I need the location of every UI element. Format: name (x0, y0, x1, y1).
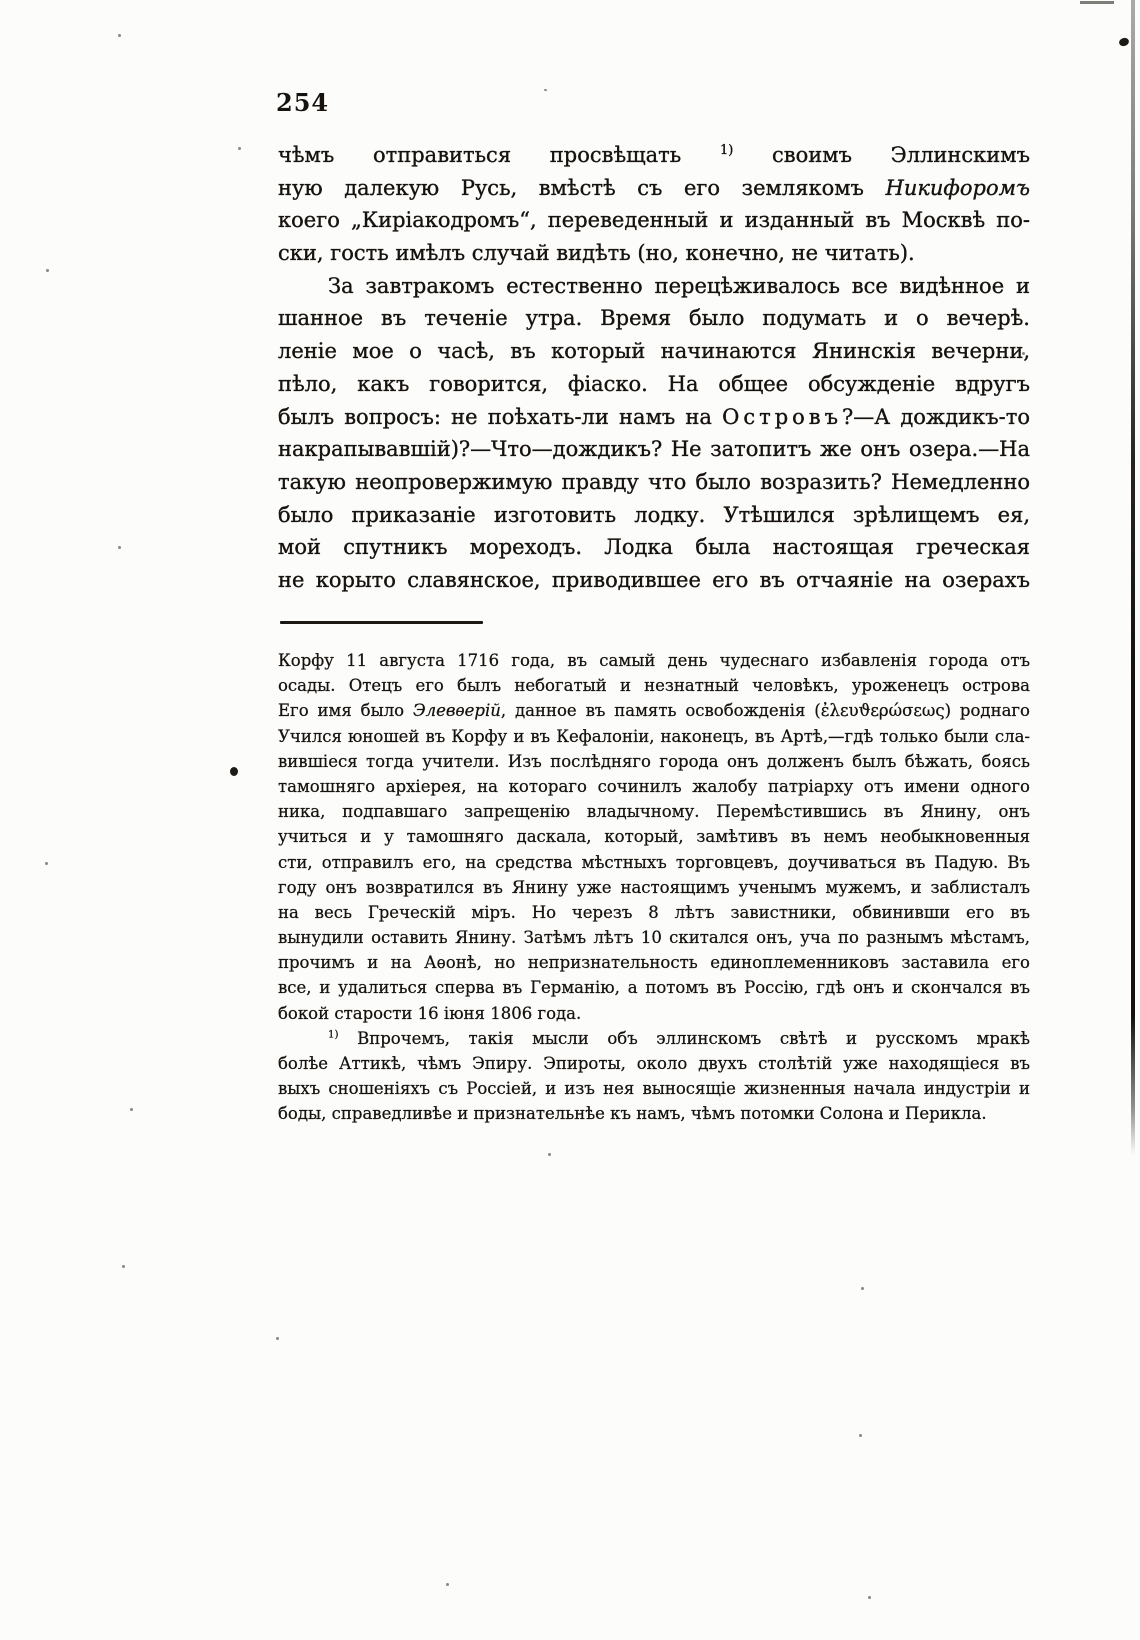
text-line: сти, отправилъ его, на средства мѣстныхъ… (278, 850, 1030, 875)
text-line: шанное въ теченіе утра. Время было подум… (278, 302, 1030, 335)
footnote-continuation: Корфу 11 августа 1716 года, въ самый ден… (278, 648, 1030, 1026)
body-text: чѣмъ отправиться просвѣщать 1) своимъ Эл… (278, 139, 1030, 597)
ink-speck (446, 1583, 449, 1586)
text-line: ную далекую Русь, вмѣстѣ съ его земляком… (278, 172, 1030, 205)
text-line: былъ вопросъ: не поѣхать-ли намъ на Остр… (278, 401, 1030, 434)
text-line: вынудили оставить Янину. Затѣмъ лѣтъ 10 … (278, 925, 1030, 950)
text-line: прочимъ и на Аѳонѣ, но непризнательность… (278, 950, 1030, 975)
ink-speck (130, 1108, 133, 1111)
text-line: вившіеся тогда учители. Изъ послѣдняго г… (278, 749, 1030, 774)
text-line: ника, подпавшаго запрещенію владычному. … (278, 799, 1030, 824)
text-line: все, и удалиться сперва въ Германію, а п… (278, 975, 1030, 1000)
text-line: накрапывавшій)?—Что—дождикъ? Не затопитъ… (278, 433, 1030, 466)
ink-speck (544, 89, 547, 91)
scan-artifact-top-dash (1080, 1, 1114, 4)
text-line: мой спутникъ мореходъ. Лодка была настоя… (278, 531, 1030, 564)
text-line: на весь Греческій міръ. Но черезъ 8 лѣтъ… (278, 900, 1030, 925)
text-line: осады. Отецъ его былъ небогатый и незнат… (278, 673, 1030, 698)
text-line: не корыто славянское, приводившее его въ… (278, 564, 1030, 597)
text-line: коего „Киріакодромъ“, переведенный и изд… (278, 204, 1030, 237)
text-line: бокой старости 16 іюня 1806 года. (278, 1001, 1030, 1026)
ink-dot (1118, 37, 1130, 48)
page-number: 254 (276, 88, 329, 117)
scan-artifact-vertical-line (1131, 0, 1135, 1155)
text-line: пѣло, какъ говорится, фіаско. На общее о… (278, 368, 1030, 401)
text-line: выхъ сношеніяхъ съ Россіей, и изъ нея вы… (278, 1076, 1030, 1101)
text-line: такую неопровержимую правду что было воз… (278, 466, 1030, 499)
body-paragraph-2: За завтракомъ естественно перецѣживалось… (278, 270, 1030, 597)
ink-dot (230, 767, 238, 776)
footnote-1: 1) Впрочемъ, такія мысли объ эллинскомъ … (278, 1026, 1030, 1127)
text-line: Его имя было Элевѳерій, данное въ память… (278, 698, 1030, 723)
text-line: болѣе Аттикѣ, чѣмъ Эпиру. Эпироты, около… (278, 1051, 1030, 1076)
body-paragraph-1: чѣмъ отправиться просвѣщать 1) своимъ Эл… (278, 139, 1030, 270)
footnote-separator (280, 621, 483, 624)
ink-speck (46, 269, 49, 272)
text-line: году онъ возвратился въ Янину уже настоя… (278, 875, 1030, 900)
text-line: чѣмъ отправиться просвѣщать 1) своимъ Эл… (278, 139, 1030, 172)
ink-speck (859, 1434, 862, 1437)
ink-speck (861, 1287, 864, 1290)
text-line: тамошняго архіерея, на котораго сочинилъ… (278, 774, 1030, 799)
text-line: ски, гость имѣлъ случай видѣть (но, коне… (278, 237, 1030, 270)
text-line: боды, справедливѣе и признательнѣе къ на… (278, 1101, 1030, 1126)
text-line: 1) Впрочемъ, такія мысли объ эллинскомъ … (278, 1026, 1030, 1051)
ink-speck (118, 546, 121, 549)
text-line: Корфу 11 августа 1716 года, въ самый ден… (278, 648, 1030, 673)
text-line: За завтракомъ естественно перецѣживалось… (278, 270, 1030, 303)
ink-speck (276, 1337, 279, 1340)
text-line: леніе мое о часѣ, въ который начинаются … (278, 335, 1030, 368)
text-line: было приказаніе изготовить лодку. Утѣшил… (278, 499, 1030, 532)
ink-speck (118, 34, 121, 37)
ink-speck (238, 147, 241, 150)
footnote-block: Корфу 11 августа 1716 года, въ самый ден… (278, 648, 1030, 1127)
text-line: учиться и у тамошняго даскала, который, … (278, 824, 1030, 849)
text-line: Учился юношей въ Корфу и въ Кефалоніи, н… (278, 724, 1030, 749)
ink-speck (548, 1153, 551, 1156)
ink-speck (122, 1265, 125, 1268)
ink-speck (868, 1596, 871, 1599)
ink-speck (45, 862, 48, 865)
scanned-book-page: { "page": { "number": "254", "body": { "… (0, 0, 1140, 1640)
ink-speck (1022, 352, 1025, 355)
